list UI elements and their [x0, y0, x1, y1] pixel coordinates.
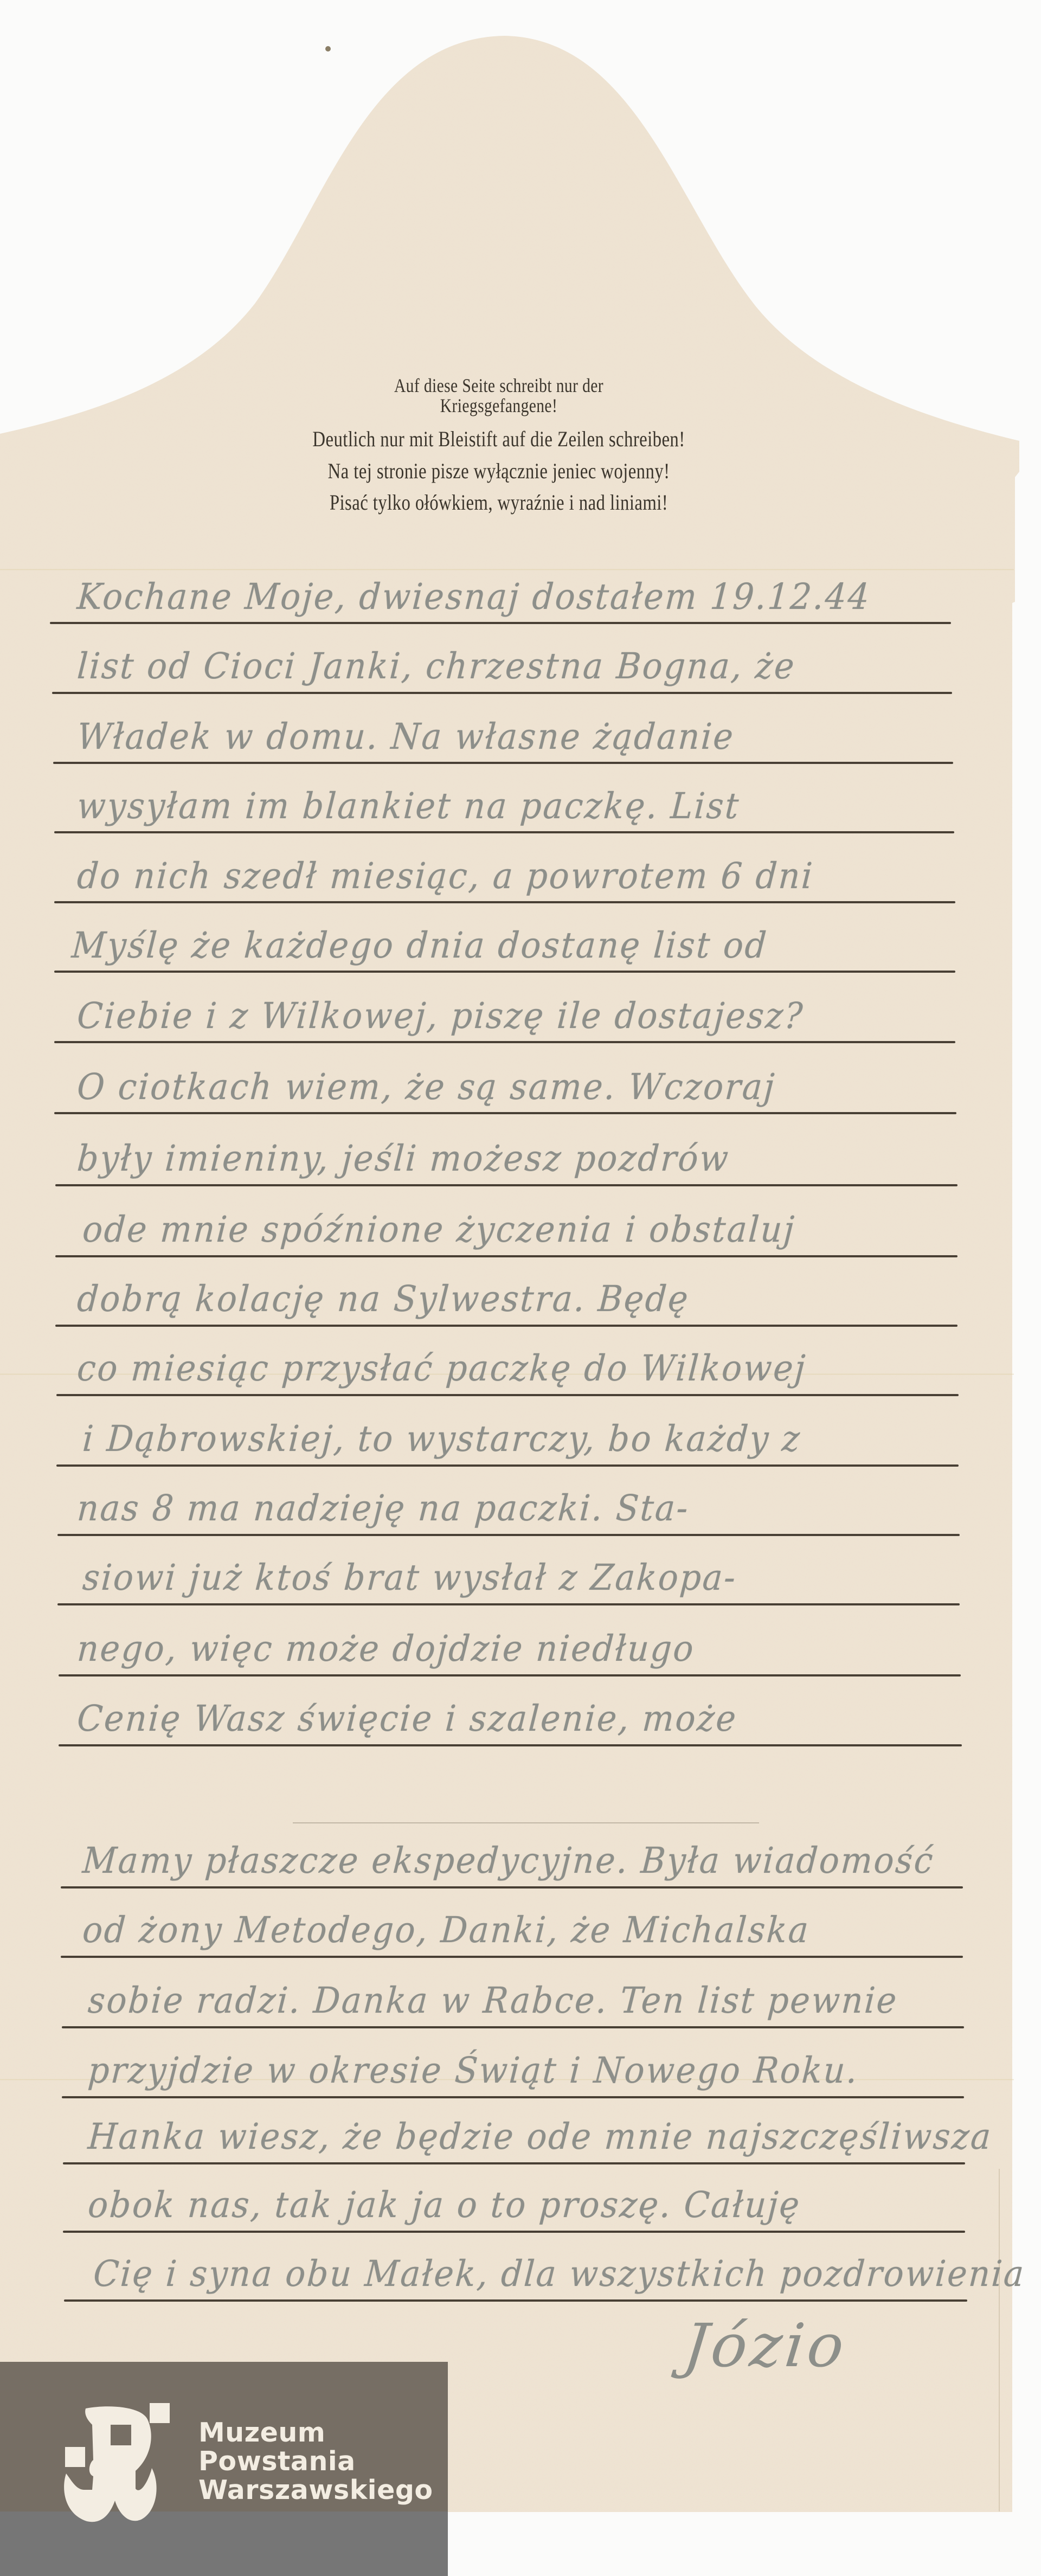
handwritten-line: co miesiąc przysłać paczkę do Wilkowej [76, 1347, 808, 1389]
museum-name-line1: Muzeum [198, 2418, 433, 2447]
museum-name-line2: Powstania [198, 2447, 433, 2476]
ruled-line [57, 1603, 960, 1605]
ruled-line [57, 1534, 960, 1536]
printed-instruction-pl-1: Na tej stronie pisze wyłącznie jeniec wo… [277, 458, 721, 484]
handwritten-line: Władek w domu. Na własne żądanie [76, 716, 736, 757]
fold-line [293, 1822, 759, 1823]
handwritten-line: Cię i syna obu Małek, dla wszystkich poz… [92, 2253, 1026, 2295]
ruled-line [54, 901, 955, 903]
ruled-line [61, 1886, 963, 1888]
ruled-line [55, 1184, 958, 1186]
museum-name: Muzeum Powstania Warszawskiego [198, 2418, 433, 2504]
handwritten-line: obok nas, tak jak ja o to proszę. Całuję [87, 2184, 802, 2226]
museum-name-line3: Warszawskiego [198, 2476, 433, 2504]
handwritten-line: od żony Metodego, Danki, że Michalska [81, 1909, 811, 1951]
printed-instruction-de-3: Deutlich nur mit Bleistift auf die Zeile… [277, 426, 721, 452]
handwritten-line: Ciebie i z Wilkowej, piszę ile dostajesz… [76, 995, 805, 1037]
handwritten-line: dobrą kolację na Sylwestra. Będę [76, 1278, 691, 1320]
handwritten-line: sobie radzi. Danka w Rabce. Ten list pew… [87, 1980, 899, 2021]
printed-instruction-pl-2: Pisać tylko ołówkiem, wyraźnie i nad lin… [277, 490, 721, 515]
ruled-line [61, 1956, 963, 1958]
handwritten-line: Kochane Moje, dwiesnaj dostałem 19.12.44 [76, 576, 872, 618]
ruled-line [54, 1041, 955, 1043]
ruled-line [54, 1112, 956, 1114]
handwritten-line: i Dąbrowskiej, to wystarczy, bo każdy z [81, 1418, 802, 1460]
handwritten-line: Mamy płaszcze ekspedycyjne. Była wiadomo… [81, 1840, 936, 1881]
handwritten-line: siowi już ktoś brat wysłał z Zakopa- [81, 1557, 738, 1598]
handwritten-line: list od Cioci Janki, chrzestna Bogna, że [76, 645, 797, 687]
ruled-line [55, 1255, 958, 1257]
handwritten-line: wysyłam im blankiet na paczkę. List [76, 785, 741, 827]
ruled-line [64, 2299, 967, 2302]
ruled-line [55, 1325, 958, 1327]
handwritten-line: nego, więc może dojdzie niedługo [76, 1628, 696, 1669]
ruled-line [56, 1464, 959, 1467]
handwritten-line: ode mnie spóźnione życzenia i obstaluj [81, 1209, 797, 1250]
handwritten-line: Hanka wiesz, że będzie ode mnie najszczę… [87, 2116, 993, 2157]
ruled-line [59, 1674, 961, 1676]
ruled-line [63, 2162, 965, 2164]
handwritten-line: nas 8 ma nadzieję na paczki. Sta- [76, 1487, 691, 1529]
ruled-line [52, 692, 952, 694]
ruled-line [62, 2096, 964, 2098]
handwritten-line: Myślę że każdego dnia dostanę list od [70, 924, 769, 966]
signature: Józio [680, 2311, 850, 2380]
ruled-line [54, 831, 954, 833]
ruled-line [62, 2026, 964, 2028]
kotwica-anchor-icon [60, 2403, 171, 2525]
printed-instruction-de-2: Kriegsgefangene! [277, 394, 721, 417]
handwritten-line: Cenię Wasz święcie i szalenie, może [76, 1698, 738, 1739]
ruled-line [50, 622, 951, 624]
handwritten-line: przyjdzie w okresie Świąt i Nowego Roku. [87, 2050, 860, 2091]
ruled-line [63, 2231, 965, 2233]
handwritten-line: O ciotkach wiem, że są same. Wczoraj [76, 1066, 777, 1108]
fold-crease [0, 569, 1014, 570]
handwritten-line: były imieniny, jeśli możesz pozdrów [76, 1138, 731, 1179]
ruled-line [56, 1394, 959, 1396]
ruled-line [54, 971, 955, 973]
ruled-line [53, 762, 953, 764]
museum-watermark: Muzeum Powstania Warszawskiego [0, 2362, 448, 2576]
ruled-line [59, 1744, 962, 1746]
handwritten-line: do nich szedł miesiąc, a powrotem 6 dni [76, 855, 815, 897]
printed-instruction-de-1: Auf diese Seite schreibt nur der [277, 374, 721, 397]
